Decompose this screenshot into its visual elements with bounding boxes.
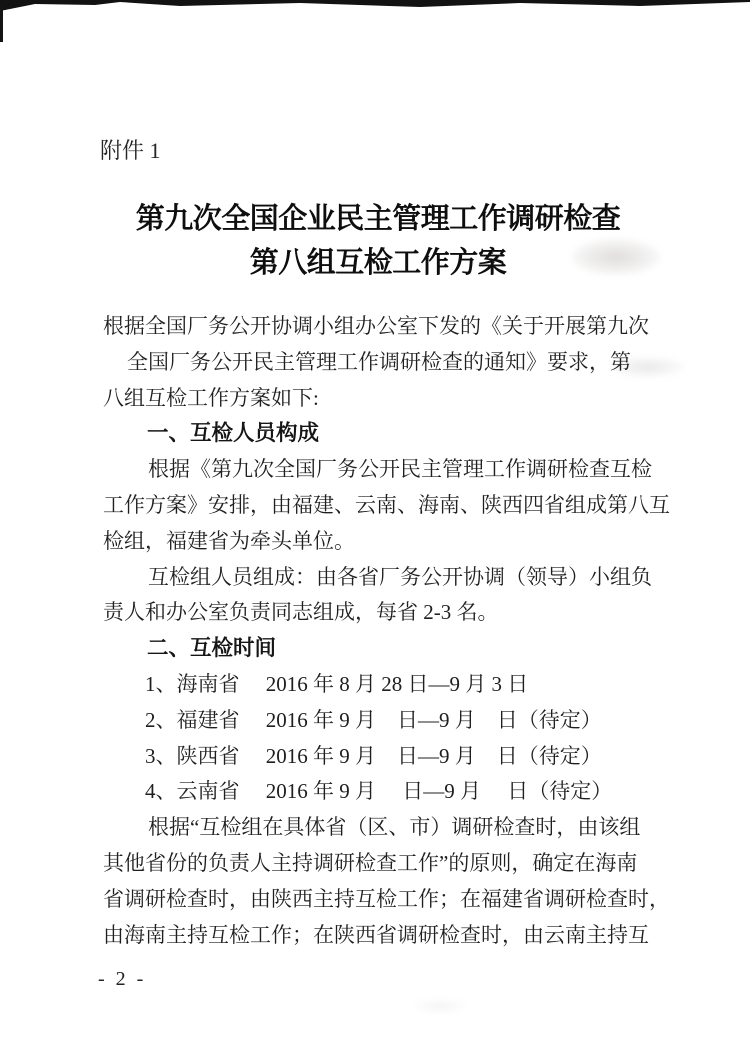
- section-heading: 一、互检人员构成: [103, 416, 683, 452]
- scan-top-edge-artifact: [0, 0, 750, 14]
- text-line: 由海南主持互检工作；在陕西省调研检查时，由云南主持互: [103, 918, 683, 954]
- text-line: 2、福建省 2016 年 9 月 日—9 月 日（待定）: [103, 703, 683, 739]
- document-title: 第九次全国企业民主管理工作调研检查 第八组互检工作方案: [0, 198, 750, 285]
- text-line: 省调研检查时，由陕西主持互检工作；在福建省调研检查时，: [103, 882, 683, 918]
- text-line: 1、海南省 2016 年 8 月 28 日—9 月 3 日: [103, 667, 683, 703]
- document-title-line2: 第八组互检工作方案: [6, 242, 750, 286]
- page-number: - 2 -: [98, 968, 146, 991]
- scan-smudge-artifact: [410, 998, 470, 1014]
- text-line: 互检组人员组成：由各省厂务公开协调（领导）小组负: [103, 560, 683, 596]
- text-line: 4、云南省 2016 年 9 月 日—9 月 日（待定）: [103, 774, 683, 810]
- text-line: 根据全国厂务公开协调小组办公室下发的《关于开展第九次: [103, 309, 683, 345]
- text-line: 根据《第九次全国厂务公开民主管理工作调研检查互检: [103, 452, 683, 488]
- document-body: 根据全国厂务公开协调小组办公室下发的《关于开展第九次全国厂务公开民主管理工作调研…: [103, 309, 683, 953]
- document-title-line1: 第九次全国企业民主管理工作调研检查: [6, 198, 750, 242]
- text-line: 其他省份的负责人主持调研检查工作”的原则，确定在海南: [103, 846, 683, 882]
- text-line: 工作方案》安排，由福建、云南、海南、陕西四省组成第八互: [103, 488, 683, 524]
- attachment-label: 附件 1: [100, 134, 161, 165]
- text-line: 全国厂务公开民主管理工作调研检查的通知》要求，第: [103, 345, 683, 381]
- text-line: 3、陕西省 2016 年 9 月 日—9 月 日（待定）: [103, 739, 683, 775]
- text-line: 责人和办公室负责同志组成，每省 2-3 名。: [103, 595, 683, 631]
- text-line: 八组互检工作方案如下:: [103, 381, 683, 417]
- section-heading: 二、互检时间: [103, 631, 683, 667]
- text-line: 根据“互检组在具体省（区、市）调研检查时，由该组: [103, 810, 683, 846]
- scanned-document-page: 附件 1 第九次全国企业民主管理工作调研检查 第八组互检工作方案 根据全国厂务公…: [0, 0, 750, 1050]
- text-line: 检组，福建省为牵头单位。: [103, 524, 683, 560]
- scan-left-edge-artifact: [0, 6, 3, 42]
